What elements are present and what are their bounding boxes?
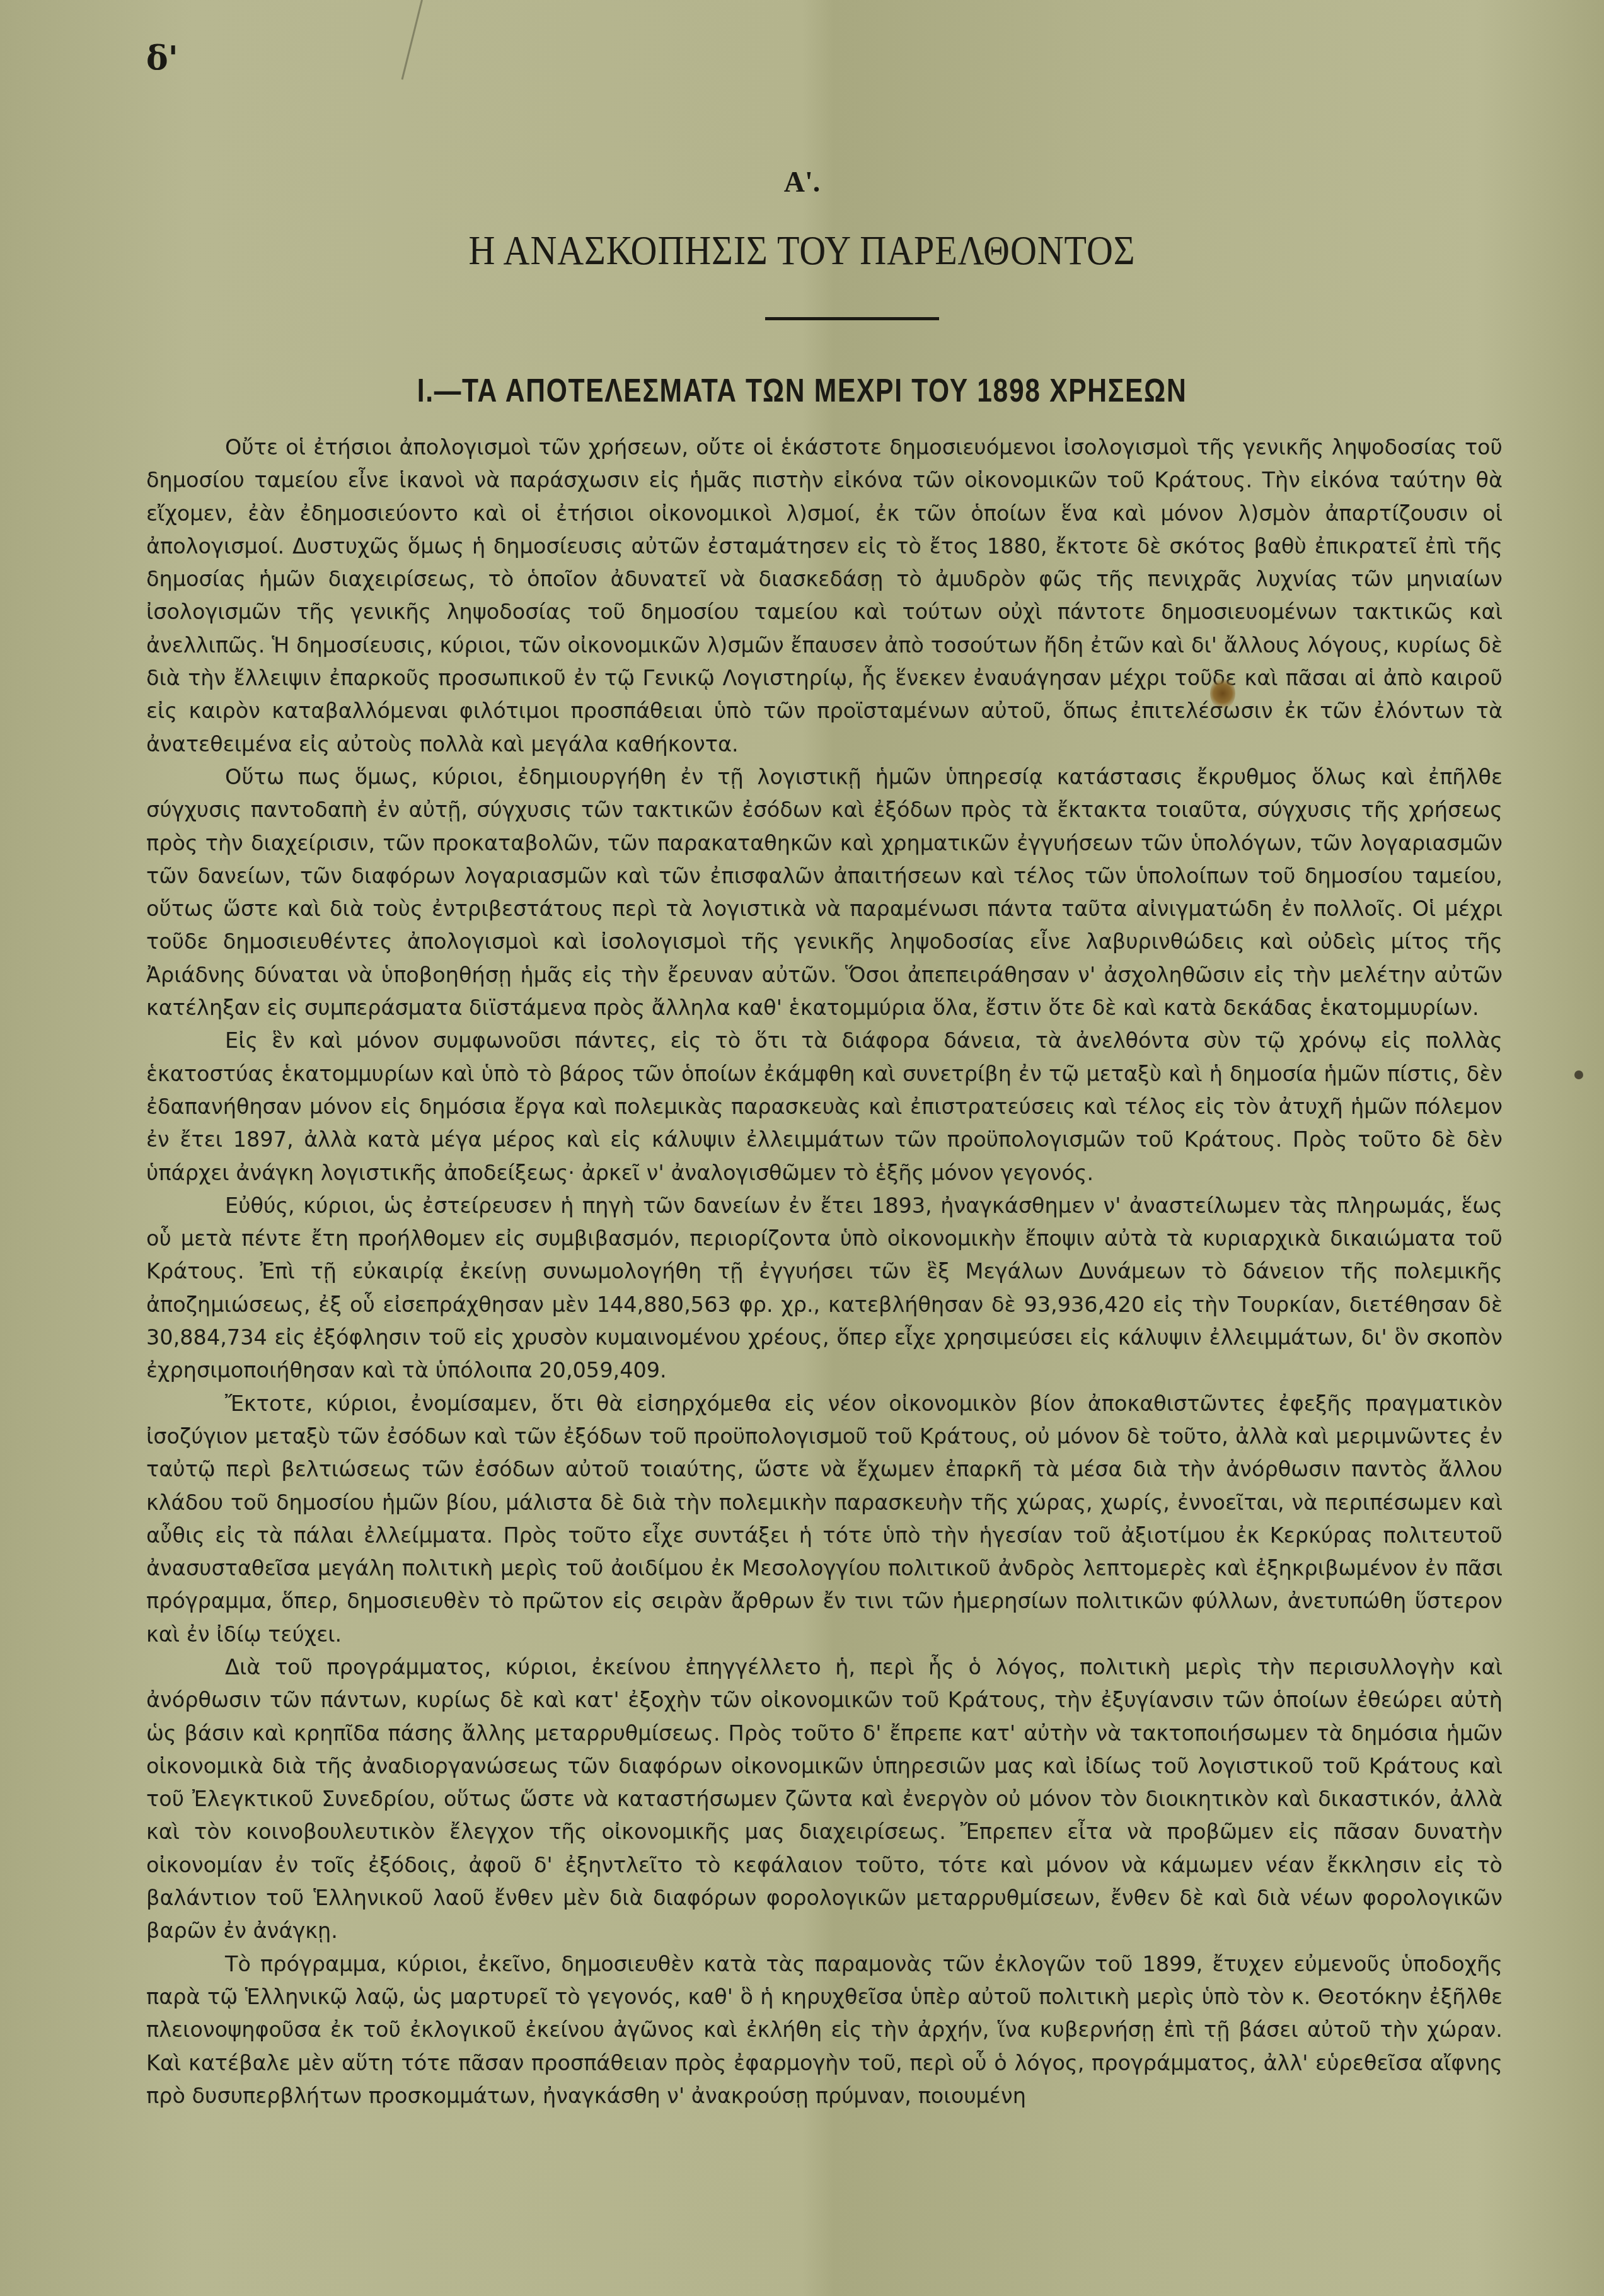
page-number: δ' xyxy=(146,39,178,78)
section-letter: Α'. xyxy=(0,165,1604,199)
paragraph: Ἔκτοτε, κύριοι, ἐνομίσαμεν, ὅτι θὰ εἰσηρ… xyxy=(146,1388,1503,1651)
paper-crease xyxy=(401,0,423,80)
paragraph: Διὰ τοῦ προγράμματος, κύριοι, ἐκείνου ἐπ… xyxy=(146,1651,1503,1948)
ink-stain xyxy=(1210,678,1235,709)
body-text: Οὔτε οἱ ἐτήσιοι ἀπολογισμοὶ τῶν χρήσεων,… xyxy=(146,431,1503,2113)
title-divider xyxy=(765,317,939,320)
section-heading: Ι.—ΤΑ ΑΠΟΤΕΛΕΣΜΑΤΑ ΤΩΝ ΜΕΧΡΙ ΤΟΥ 1898 ΧΡ… xyxy=(144,372,1460,410)
paragraph: Οὔτε οἱ ἐτήσιοι ἀπολογισμοὶ τῶν χρήσεων,… xyxy=(146,431,1503,761)
page-title: Η ΑΝΑΣΚΟΠΗΣΙΣ ΤΟΥ ΠΑΡΕΛΘΟΝΤΟΣ xyxy=(96,227,1508,275)
paragraph: Τὸ πρόγραμμα, κύριοι, ἐκεῖνο, δημοσιευθὲ… xyxy=(146,1948,1503,2113)
paragraph: Οὕτω πως ὅμως, κύριοι, ἐδημιουργήθη ἐν τ… xyxy=(146,761,1503,1024)
ink-dot xyxy=(1574,1070,1583,1079)
paragraph: Εὐθύς, κύριοι, ὡς ἐστείρευσεν ἡ πηγὴ τῶν… xyxy=(146,1190,1503,1388)
paragraph: Εἰς ἓν καὶ μόνον συμφωνοῦσι πάντες, εἰς … xyxy=(146,1024,1503,1189)
